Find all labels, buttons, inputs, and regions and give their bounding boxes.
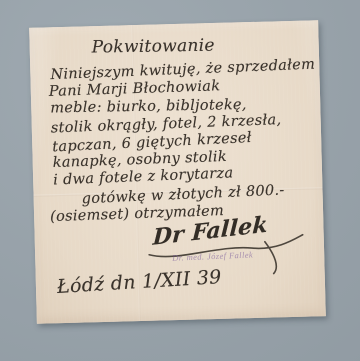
photo-background: Pokwitowanie Niniejszym kwituję, że sprz… [0,0,360,361]
receipt-title: Pokwitowanie [92,36,215,58]
receipt-paper: Pokwitowanie Niniejszym kwituję, że sprz… [29,20,326,323]
